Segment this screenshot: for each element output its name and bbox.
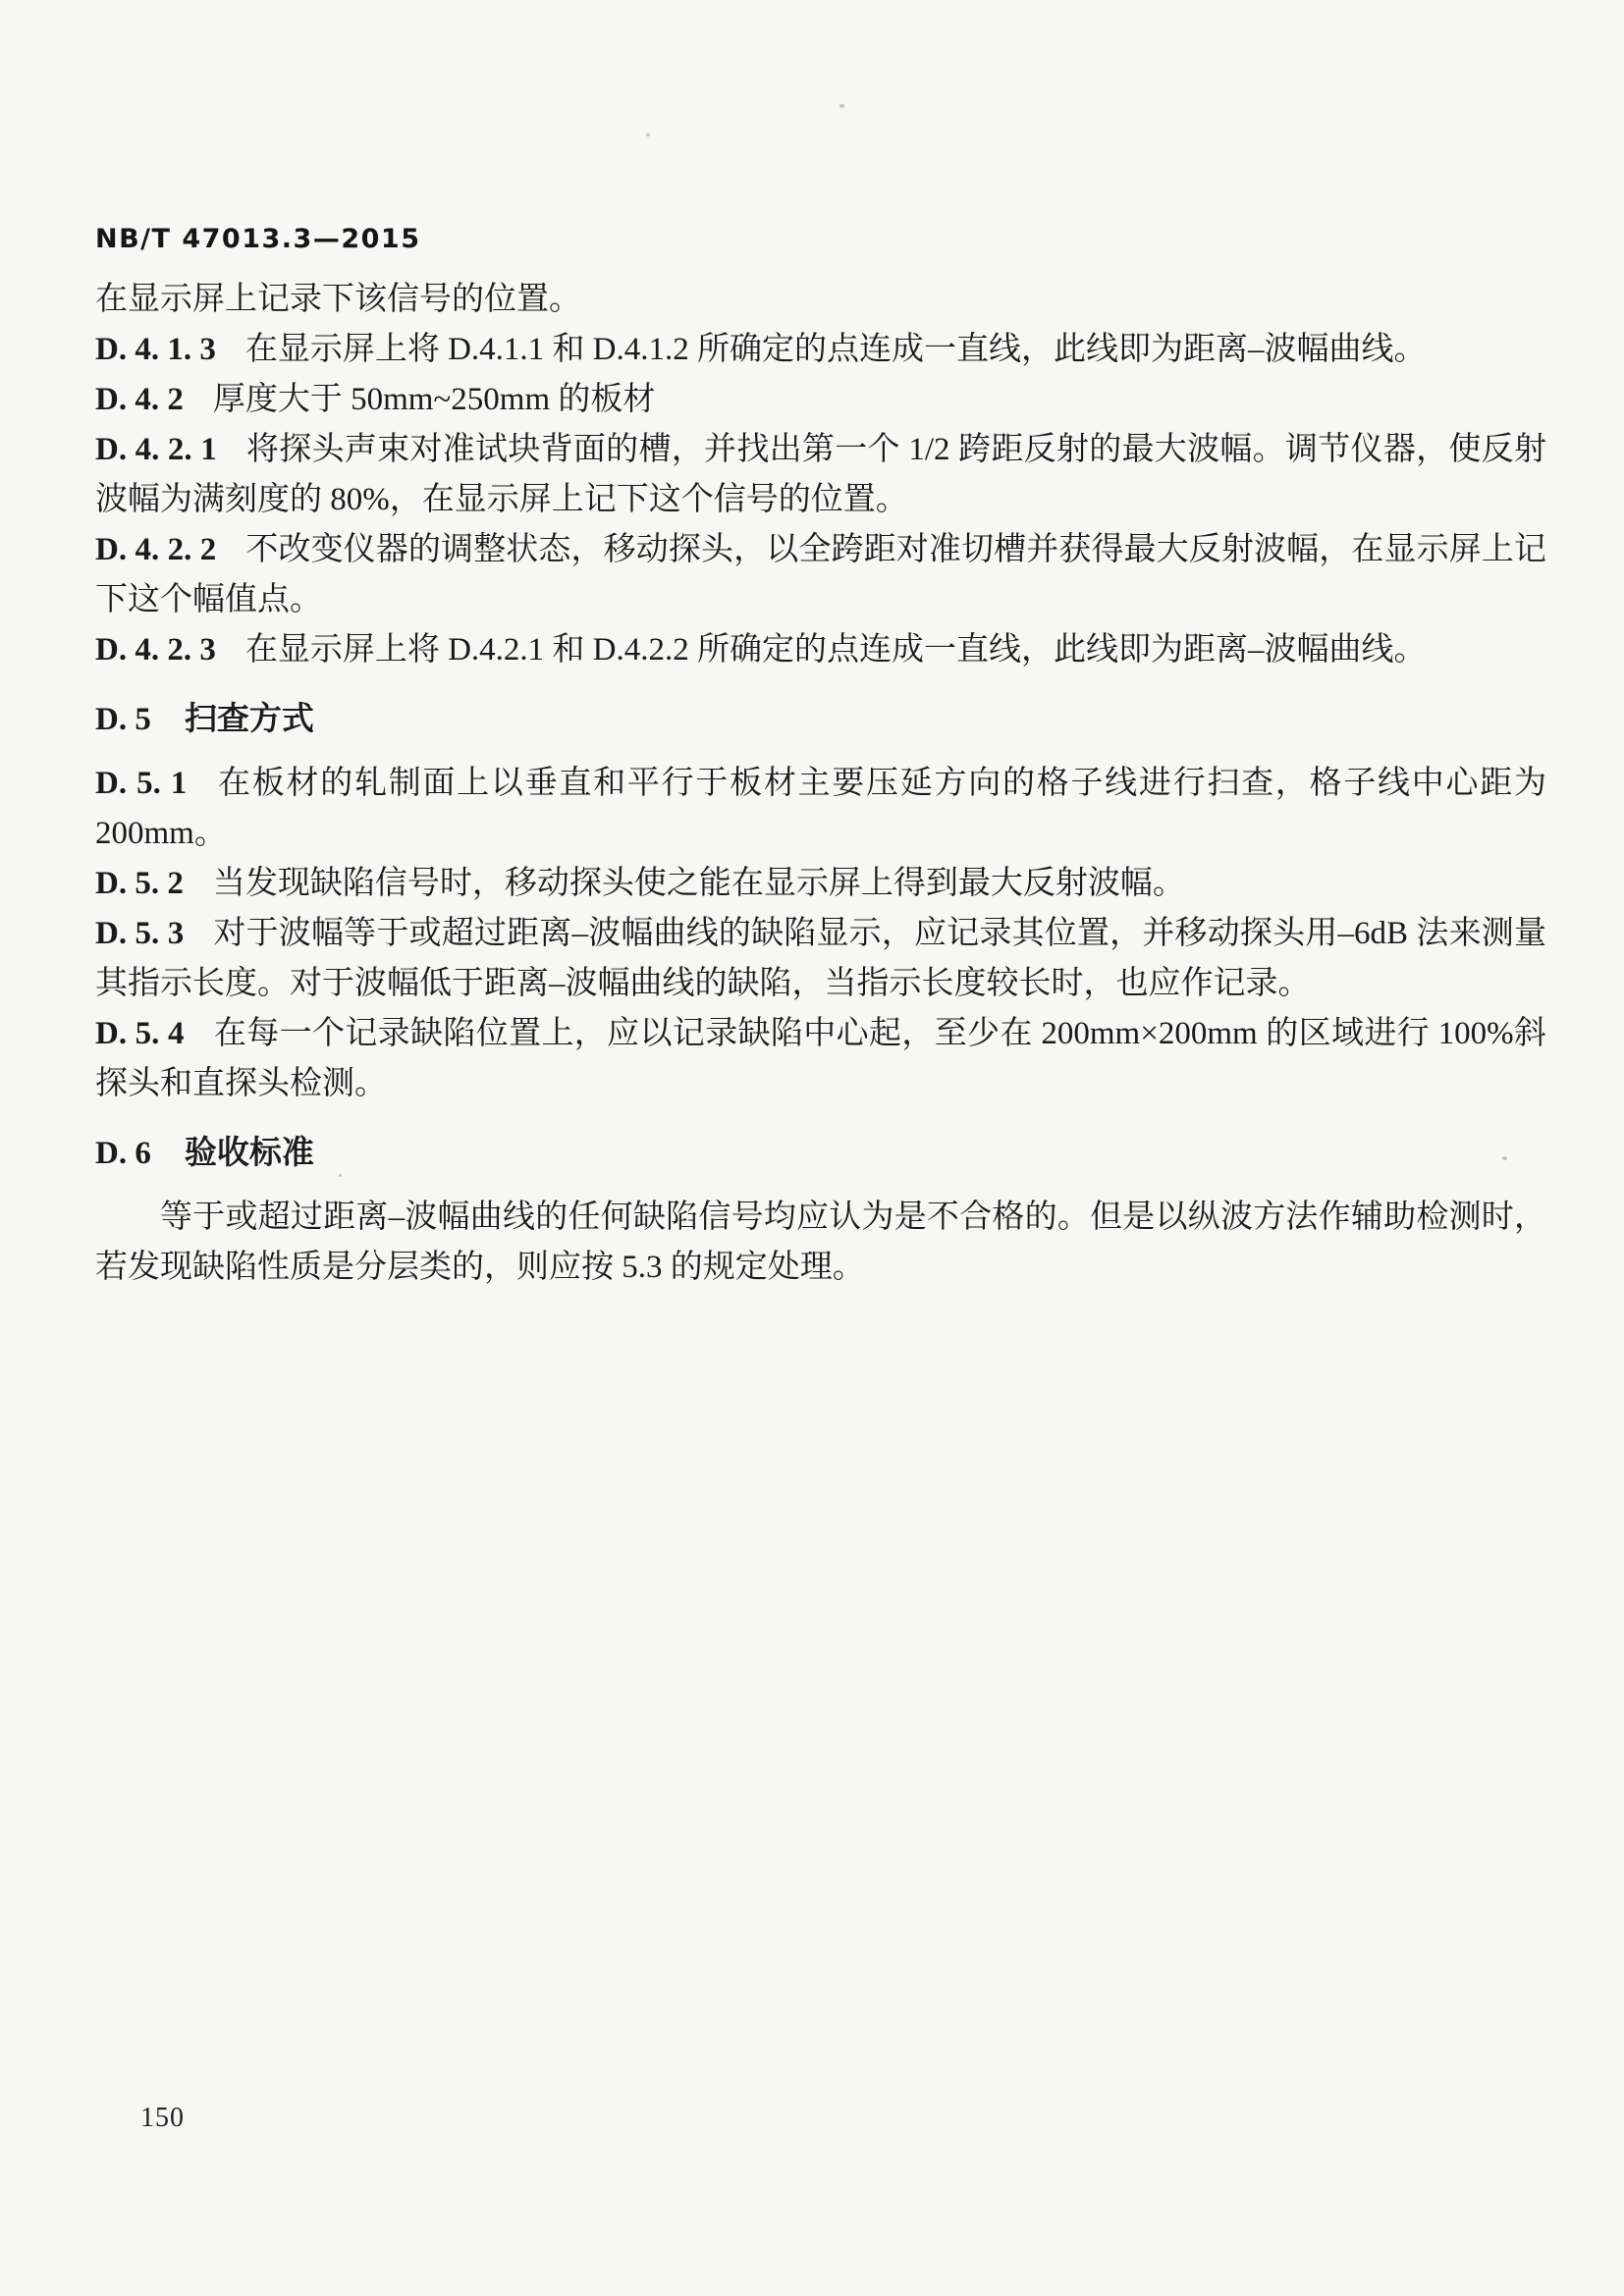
paragraph: D. 4. 2厚度大于 50mm~250mm 的板材 [95, 375, 1546, 425]
clause-text: 验收标准 [185, 1136, 314, 1171]
document-page: NB/T 47013.3—2015 在显示屏上记录下该信号的位置。D. 4. 1… [0, 0, 1624, 2296]
clause-label: D. 5. 1 [95, 766, 187, 801]
clause-text: 等于或超过距离–波幅曲线的任何缺陷信号均应认为是不合格的。但是以纵波方法作辅助检… [95, 1200, 1546, 1285]
clause-text: 厚度大于 50mm~250mm 的板材 [213, 382, 656, 417]
clause-label: D. 6 [95, 1136, 151, 1171]
paragraph: D. 4. 2. 1将探头声束对准试块背面的槽，并找出第一个 1/2 跨距反射的… [95, 425, 1546, 525]
paragraph: D. 5. 3对于波幅等于或超过距离–波幅曲线的缺陷显示，应记录其位置，并移动探… [95, 909, 1546, 1009]
clause-text: 将探头声束对准试块背面的槽，并找出第一个 1/2 跨距反射的最大波幅。调节仪器，… [95, 432, 1546, 517]
clause-text: 不改变仪器的调整状态，移动探头，以全跨距对准切槽并获得最大反射波幅，在显示屏上记… [95, 532, 1546, 617]
scan-speck [646, 133, 650, 136]
scan-speck [339, 1174, 342, 1177]
clause-label: D. 4. 1. 3 [95, 332, 216, 367]
clause-text: 在每一个记录缺陷位置上，应以记录缺陷中心起，至少在 200mm×200mm 的区… [95, 1016, 1546, 1101]
clause-text: 在显示屏上记录下该信号的位置。 [95, 282, 581, 317]
paragraph: 等于或超过距离–波幅曲线的任何缺陷信号均应认为是不合格的。但是以纵波方法作辅助检… [95, 1193, 1546, 1293]
clause-label: D. 4. 2. 1 [95, 432, 217, 467]
clause-label: D. 5. 2 [95, 866, 184, 901]
clause-text: 在显示屏上将 D.4.2.1 和 D.4.2.2 所确定的点连成一直线，此线即为… [245, 632, 1427, 667]
clause-text: 在显示屏上将 D.4.1.1 和 D.4.1.2 所确定的点连成一直线，此线即为… [245, 332, 1427, 367]
clause-label: D. 4. 2. 3 [95, 632, 216, 667]
clause-text: 在板材的轧制面上以垂直和平行于板材主要压延方向的格子线进行扫查，格子线中心距为2… [95, 766, 1546, 851]
clause-text: 扫查方式 [185, 702, 314, 737]
paragraph: D. 5. 2当发现缺陷信号时，移动探头使之能在显示屏上得到最大反射波幅。 [95, 859, 1546, 909]
section-heading: D. 5扫查方式 [95, 695, 1546, 745]
clause-label: D. 5. 3 [95, 916, 184, 951]
paragraph: D. 4. 1. 3在显示屏上将 D.4.1.1 和 D.4.1.2 所确定的点… [95, 325, 1546, 375]
paragraph: D. 4. 2. 3在显示屏上将 D.4.2.1 和 D.4.2.2 所确定的点… [95, 625, 1546, 675]
scan-speck [839, 104, 844, 108]
clause-label: D. 4. 2 [95, 382, 184, 417]
page-number: 150 [140, 2103, 185, 2134]
clause-text: 当发现缺陷信号时，移动探头使之能在显示屏上得到最大反射波幅。 [213, 866, 1185, 901]
paragraph: D. 5. 1在板材的轧制面上以垂直和平行于板材主要压延方向的格子线进行扫查，格… [95, 759, 1546, 859]
section-heading: D. 6验收标准 [95, 1129, 1546, 1179]
clause-text: 对于波幅等于或超过距离–波幅曲线的缺陷显示，应记录其位置，并移动探头用–6dB … [95, 916, 1546, 1001]
paragraph: 在显示屏上记录下该信号的位置。 [95, 275, 1546, 325]
document-body: 在显示屏上记录下该信号的位置。D. 4. 1. 3在显示屏上将 D.4.1.1 … [95, 275, 1546, 1293]
clause-label: D. 5. 4 [95, 1016, 185, 1051]
clause-label: D. 5 [95, 702, 151, 737]
standard-number-header: NB/T 47013.3—2015 [95, 224, 420, 254]
paragraph: D. 4. 2. 2不改变仪器的调整状态，移动探头，以全跨距对准切槽并获得最大反… [95, 525, 1546, 625]
paragraph: D. 5. 4在每一个记录缺陷位置上，应以记录缺陷中心起，至少在 200mm×2… [95, 1009, 1546, 1109]
scan-speck [1502, 1156, 1507, 1160]
scan-speck [679, 988, 683, 994]
clause-label: D. 4. 2. 2 [95, 532, 216, 567]
